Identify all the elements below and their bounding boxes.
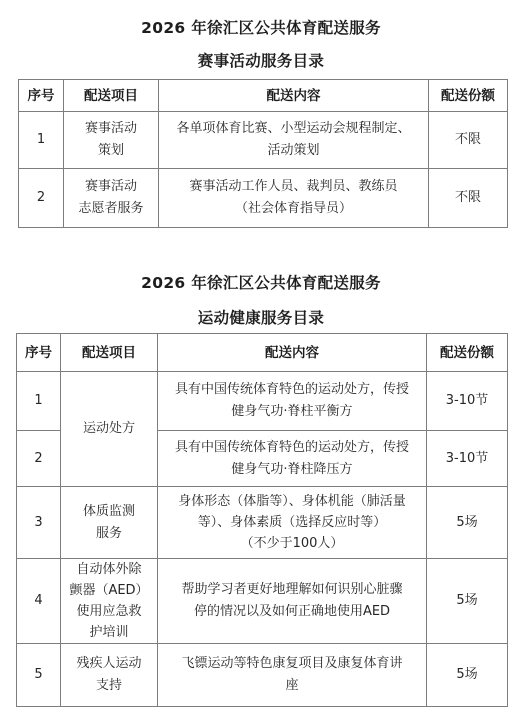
section-1-title: 2026 年徐汇区公共体育配送服务: [0, 18, 522, 38]
row-content: 具有中国传统体育特色的运动处方，传授 健身气功·脊柱平衡方: [158, 372, 427, 431]
content-line: （不少于100人）: [162, 533, 422, 554]
content-line: 活动策划: [163, 140, 424, 162]
row-no: 1: [17, 372, 61, 431]
content-line: 飞镖运动等特色康复项目及康复体育讲: [162, 653, 422, 675]
row-quota: 3-10节: [427, 372, 508, 431]
event-services-table: 序号 配送项目 配送内容 配送份额 1 赛事活动 策划 各单项体育比赛、小型运动…: [18, 79, 508, 228]
content-line: 具有中国传统体育特色的运动处方，传授: [162, 379, 422, 401]
row-item: 运动处方: [61, 372, 158, 487]
row-quota: 不限: [429, 169, 508, 228]
item-line: 运动处方: [65, 418, 153, 440]
table-row: 5 残疾人运动 支持 飞镖运动等特色康复项目及康复体育讲 座 5场: [17, 644, 508, 707]
table-row: 2 赛事活动 志愿者服务 赛事活动工作人员、裁判员、教练员 （社会体育指导员） …: [19, 169, 508, 228]
item-line: 使用应急救: [65, 601, 153, 622]
item-line: 体质监测: [65, 501, 153, 523]
row-content: 具有中国传统体育特色的运动处方，传授 健身气功·脊柱降压方: [158, 431, 427, 487]
item-line: 颤器（AED）: [65, 580, 153, 601]
item-line: 护培训: [65, 622, 153, 643]
content-line: 停的情况以及如何正确地使用AED: [162, 601, 422, 623]
item-line: 赛事活动: [68, 176, 154, 198]
item-line: 赛事活动: [68, 118, 154, 140]
header-no: 序号: [19, 80, 64, 112]
header-content: 配送内容: [158, 334, 427, 372]
section-2-title: 2026 年徐汇区公共体育配送服务: [0, 273, 522, 293]
content-line: （社会体育指导员）: [163, 198, 424, 220]
content-line: 健身气功·脊柱降压方: [162, 459, 422, 481]
header-quota: 配送份额: [429, 80, 508, 112]
header-no: 序号: [17, 334, 61, 372]
row-item: 残疾人运动 支持: [61, 644, 158, 707]
row-content: 身体形态（体脂等）、身体机能（肺活量 等）、身体素质（选择反应时等） （不少于1…: [158, 487, 427, 559]
item-line: 支持: [65, 675, 153, 697]
table-row: 1 赛事活动 策划 各单项体育比赛、小型运动会规程制定、 活动策划 不限: [19, 112, 508, 169]
table-header-row: 序号 配送项目 配送内容 配送份额: [19, 80, 508, 112]
row-content: 各单项体育比赛、小型运动会规程制定、 活动策划: [159, 112, 429, 169]
item-line: 自动体外除: [65, 559, 153, 580]
row-no: 2: [17, 431, 61, 487]
item-line: 残疾人运动: [65, 653, 153, 675]
row-no: 4: [17, 559, 61, 644]
header-item: 配送项目: [64, 80, 159, 112]
table-row: 1 运动处方 具有中国传统体育特色的运动处方，传授 健身气功·脊柱平衡方 3-1…: [17, 372, 508, 431]
row-no: 3: [17, 487, 61, 559]
table-row: 3 体质监测 服务 身体形态（体脂等）、身体机能（肺活量 等）、身体素质（选择反…: [17, 487, 508, 559]
content-line: 赛事活动工作人员、裁判员、教练员: [163, 176, 424, 198]
row-content: 赛事活动工作人员、裁判员、教练员 （社会体育指导员）: [159, 169, 429, 228]
item-line: 服务: [65, 523, 153, 545]
table-header-row: 序号 配送项目 配送内容 配送份额: [17, 334, 508, 372]
content-line: 等）、身体素质（选择反应时等）: [162, 512, 422, 533]
section-2-subtitle: 运动健康服务目录: [0, 308, 522, 328]
row-quota: 5场: [427, 487, 508, 559]
row-quota: 5场: [427, 644, 508, 707]
row-no: 5: [17, 644, 61, 707]
content-line: 身体形态（体脂等）、身体机能（肺活量: [162, 491, 422, 512]
health-services-table: 序号 配送项目 配送内容 配送份额 1 运动处方 具有中国传统体育特色的运动处方…: [16, 333, 508, 707]
header-item: 配送项目: [61, 334, 158, 372]
content-line: 座: [162, 675, 422, 697]
table-row: 4 自动体外除 颤器（AED） 使用应急救 护培训 帮助学习者更好地理解如何识别…: [17, 559, 508, 644]
row-no: 2: [19, 169, 64, 228]
section-1-subtitle: 赛事活动服务目录: [0, 51, 522, 71]
row-item: 自动体外除 颤器（AED） 使用应急救 护培训: [61, 559, 158, 644]
row-no: 1: [19, 112, 64, 169]
content-line: 健身气功·脊柱平衡方: [162, 401, 422, 423]
row-content: 飞镖运动等特色康复项目及康复体育讲 座: [158, 644, 427, 707]
row-item: 体质监测 服务: [61, 487, 158, 559]
row-quota: 5场: [427, 559, 508, 644]
item-line: 志愿者服务: [68, 198, 154, 220]
item-line: 策划: [68, 140, 154, 162]
content-line: 各单项体育比赛、小型运动会规程制定、: [163, 118, 424, 140]
header-content: 配送内容: [159, 80, 429, 112]
content-line: 帮助学习者更好地理解如何识别心脏骤: [162, 579, 422, 601]
header-quota: 配送份额: [427, 334, 508, 372]
row-quota: 不限: [429, 112, 508, 169]
row-quota: 3-10节: [427, 431, 508, 487]
row-content: 帮助学习者更好地理解如何识别心脏骤 停的情况以及如何正确地使用AED: [158, 559, 427, 644]
row-item: 赛事活动 策划: [64, 112, 159, 169]
content-line: 具有中国传统体育特色的运动处方，传授: [162, 437, 422, 459]
row-item: 赛事活动 志愿者服务: [64, 169, 159, 228]
